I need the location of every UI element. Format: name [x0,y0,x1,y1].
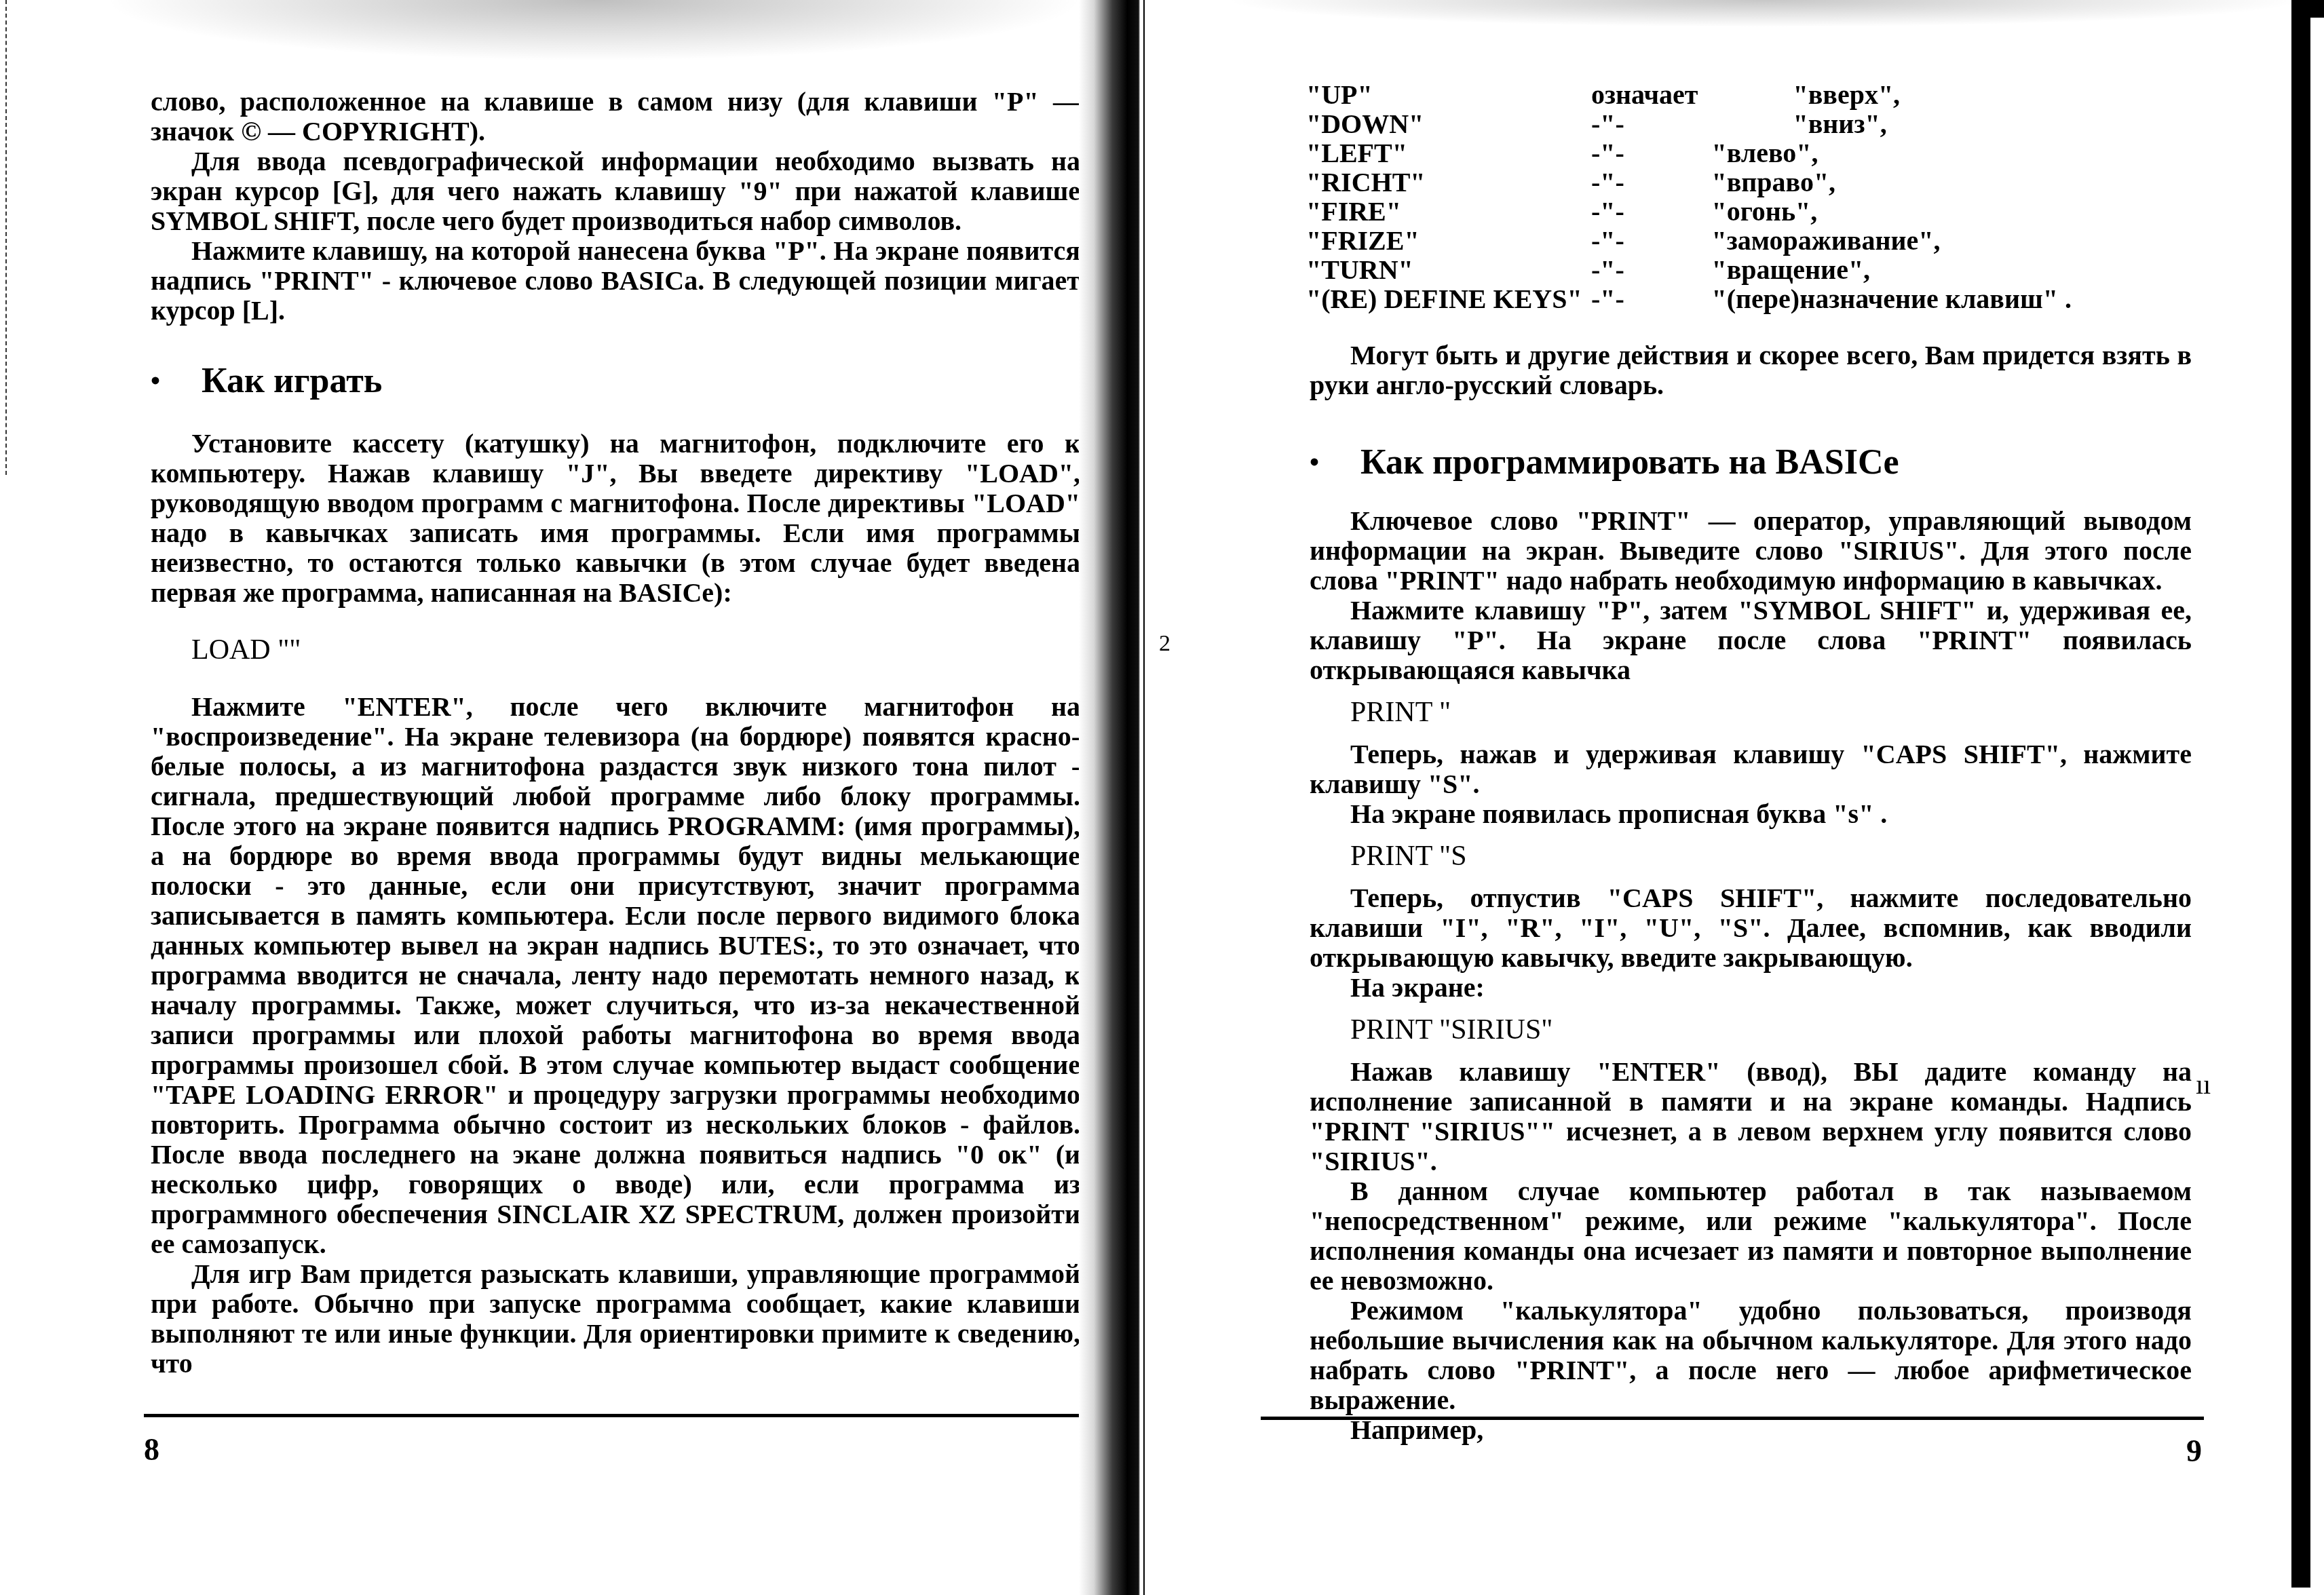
key-means: означает [1591,80,1711,109]
paragraph: Теперь, нажав и удерживая клавишу "CAPS … [1310,739,2192,799]
key-table-row: "UP"означает"вверх", [1306,80,2072,109]
paragraph: Для ввода псевдографической информации н… [151,147,1080,236]
code-line: LOAD "" [151,635,1080,665]
right-page-text: Могут быть и другие действия и скорее вс… [1310,341,2192,1445]
key-table-row: "FRIZE"-"-"замораживание", [1306,226,2072,255]
code-line: PRINT "SIRIUS" [1310,1015,2192,1045]
paragraph: Могут быть и другие действия и скорее вс… [1310,341,2192,400]
paragraph: В данном случае компьютер работал в так … [1310,1176,2192,1296]
book-spine-gutter [1079,0,1154,1595]
paragraph: Ключевое слово "PRINT" — оператор, управ… [1310,506,2192,596]
left-page-text: слово, расположенное на клавише в самом … [151,87,1080,1379]
heading-text: Как программировать на BASICе [1360,443,1899,482]
paragraph: Нажмите клавишу, на которой нанесена бук… [151,236,1080,326]
page-number-right: 9 [2186,1433,2202,1469]
scan-artifact-mark: ıı [2196,1069,2211,1100]
paragraph: Нажмите клавишу "P", затем "SYMBOL SHIFT… [1310,596,2192,685]
paragraph: Теперь, отпустив "CAPS SHIFT", нажмите п… [1310,883,2192,973]
code-line: PRINT "S [1310,841,2192,871]
key-translation: "вправо", [1711,168,2072,197]
key-means: -"- [1591,284,1711,313]
key-table-row: "TURN"-"-"вращение", [1306,255,2072,284]
footer-rule [1261,1417,2204,1420]
section-heading-basic: • Как программировать на BASICе [1310,448,2192,478]
scan-right-border-tab [2310,0,2324,18]
scan-right-border [2291,0,2310,1588]
paragraph: Нажав клавишу "ENTER" (ввод), ВЫ дадите … [1310,1057,2192,1176]
key-table-row: "(RE) DEFINE KEYS"-"-"(пере)назначение к… [1306,284,2072,313]
key-name: "LEFT" [1306,138,1591,168]
bullet-icon: • [151,366,160,396]
key-translation: "замораживание", [1711,226,2072,255]
paragraph: Установите кассету (катушку) на магнитоф… [151,429,1080,608]
paragraph: Нажмите "ENTER", после чего включите маг… [151,692,1080,1259]
key-translation: "вращение", [1711,255,2072,284]
paragraph: слово, расположенное на клавише в самом … [151,87,1080,147]
key-name: "UP" [1306,80,1591,109]
heading-text: Как играть [202,362,382,400]
key-name: "RICHT" [1306,168,1591,197]
key-translation: "(пере)назначение клавиш" . [1711,284,2072,313]
page-number-left: 8 [144,1431,159,1467]
section-heading-how-to-play: • Как играть [151,366,1080,396]
bullet-icon: • [1310,448,1319,478]
key-table-row: "LEFT"-"-"влево", [1306,138,2072,168]
code-line: PRINT " [1310,697,2192,727]
key-translation: "влево", [1711,138,2072,168]
key-means: -"- [1591,255,1711,284]
key-meaning-table: "UP"означает"вверх","DOWN"-"-"вниз","LEF… [1306,80,2072,313]
paragraph: На экране появилась прописная буква "s" … [1310,799,2192,829]
key-translation: "вверх", [1711,80,2072,109]
key-means: -"- [1591,168,1711,197]
key-name: "FRIZE" [1306,226,1591,255]
key-means: -"- [1591,226,1711,255]
paragraph: На экране: [1310,973,2192,1003]
key-translation: "огонь", [1711,197,2072,226]
key-translation: "вниз", [1711,109,2072,138]
key-name: "FIRE" [1306,197,1591,226]
paragraph: Для игр Вам придется разыскать клавиши, … [151,1259,1080,1379]
footer-rule [144,1414,1080,1417]
key-means: -"- [1591,109,1711,138]
key-name: "TURN" [1306,255,1591,284]
key-table-row: "FIRE"-"-"огонь", [1306,197,2072,226]
key-table-row: "RICHT"-"-"вправо", [1306,168,2072,197]
key-means: -"- [1591,197,1711,226]
key-name: "DOWN" [1306,109,1591,138]
key-means: -"- [1591,138,1711,168]
key-table-row: "DOWN"-"-"вниз", [1306,109,2072,138]
paragraph: Режимом "калькулятора" удобно пользовать… [1310,1296,2192,1415]
key-name: "(RE) DEFINE KEYS" [1306,284,1591,313]
